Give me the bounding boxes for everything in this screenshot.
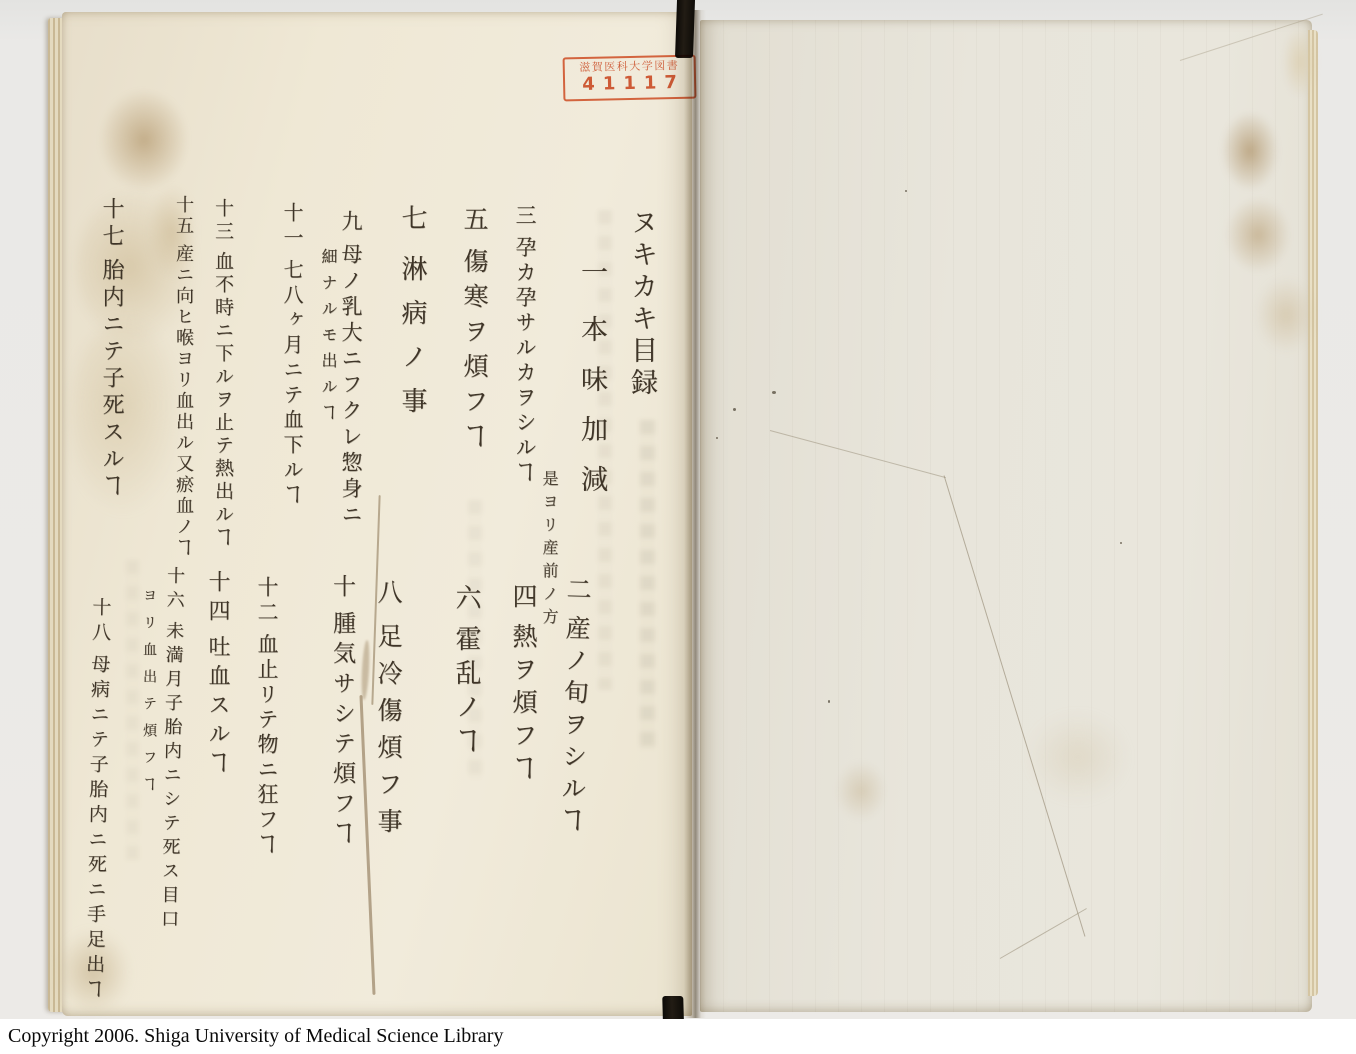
item-text: 胎内ニテ子死スルヿ (99, 258, 124, 501)
toc-item-6: 六霍乱ノヿ (448, 584, 485, 761)
item-text: 本味加減 (576, 315, 607, 515)
item-text: 足冷傷煩フ事 (374, 623, 403, 845)
speck (828, 700, 830, 703)
speck (733, 408, 736, 411)
toc-item-9: 九母ノ乳大ニフクレ惣身ニ (336, 210, 366, 529)
item-number: 十 (329, 574, 355, 604)
speck (716, 437, 718, 439)
item-number: 十八 (89, 597, 112, 647)
item-text: 産ノ旬ヲシルヿ (557, 615, 592, 840)
item-number: 二 (563, 576, 593, 609)
item-text: 孕カ孕サルカヲシルヿ (513, 236, 537, 486)
toc-item-9-sub: 細ナルモ出ルヿ (317, 248, 340, 430)
toc-item-15: 十五産ニ向ヒ喉ヨリ血出ル又瘀血ノヿ (170, 195, 196, 559)
item-number: 六 (451, 584, 481, 618)
copyright-text: Copyright 2006. Shiga University of Medi… (8, 1019, 503, 1053)
item-number: 三 (513, 204, 537, 229)
item-text: 血止リテ物ニ狂フヿ (255, 633, 279, 858)
toc-item-10: 十腫気サシテ煩フヿ (326, 574, 359, 851)
binding-gutter (684, 10, 706, 1018)
item-text: 血不時ニ下ルヲ止テ熱出ルヿ (212, 251, 234, 550)
item-number: 四 (509, 583, 538, 616)
toc-item-8: 八足冷傷煩フ事 (370, 579, 406, 845)
right-page (700, 20, 1312, 1012)
item-number: 五 (460, 206, 489, 241)
manuscript-scan: 滋賀医科大学図書 41117 ヌキカキ目録 一本味加減 是ヨリ産前ノ方 二産ノ旬… (0, 0, 1356, 1054)
item-number: 一 (576, 258, 607, 308)
toc-item-3: 三孕カ孕サルカヲシルヿ (510, 204, 540, 486)
item-number: 十六 (163, 566, 185, 614)
item-text: 七八ヶ月ニテ血下ルヿ (280, 259, 304, 509)
speck (1120, 542, 1122, 544)
item-number: 十三 (212, 198, 234, 244)
stamp-accession-number: 41117 (574, 74, 685, 94)
item-number: 十五 (173, 195, 194, 237)
item-text: 産ニ向ヒ喉ヨリ血出ル又瘀血ノヿ (173, 244, 194, 559)
toc-title: ヌキカキ目録 (622, 208, 661, 400)
item-text: 未満月子胎内ニシテ死ス目口 (158, 621, 184, 933)
toc-item-4: 四熱ヲ煩フヿ (505, 583, 541, 788)
item-number: 十四 (205, 570, 230, 628)
item-number: 八 (374, 579, 403, 616)
speck (772, 391, 776, 394)
right-page-edges (1308, 30, 1318, 996)
toc-item-11: 十一七八ヶ月ニテ血下ルヿ (278, 202, 307, 509)
toc-item-17: 十七胎内ニテ子死スルヿ (96, 197, 127, 501)
library-stamp: 滋賀医科大学図書 41117 (563, 55, 697, 102)
item-text: 霍乱ノヿ (451, 625, 481, 761)
toc-item-1: 一本味加減 (572, 258, 611, 515)
toc-item-5: 五傷寒ヲ煩フヿ (456, 206, 492, 458)
toc-item-7: 七淋病ノ事 (394, 204, 431, 431)
item-text: 腫気サシテ煩フヿ (329, 611, 355, 851)
item-text: 吐血スルヿ (205, 635, 230, 780)
item-number: 九 (339, 210, 363, 236)
item-text: 母ノ乳大ニフクレ惣身ニ (339, 243, 363, 529)
item-number: 十二 (255, 576, 279, 626)
binding-strap-top (675, 0, 695, 58)
item-number: 七 (397, 204, 427, 248)
item-text: 母病ニテ子胎内ニ死ニ手足出ヿ (82, 654, 110, 1004)
toc-item-14: 十四吐血スルヿ (202, 570, 233, 780)
speck (905, 190, 907, 192)
item-number: 十一 (280, 202, 304, 252)
item-number: 十七 (99, 197, 124, 251)
item-text: 熱ヲ煩フヿ (509, 623, 538, 788)
item-text: 傷寒ヲ煩フヿ (460, 248, 489, 458)
toc-item-2: 二産ノ旬ヲシルヿ (553, 576, 596, 840)
toc-item-16-sub: ヨリ血出テ煩フヿ (139, 588, 159, 804)
toc-note: 是ヨリ産前ノ方 (538, 470, 561, 631)
item-text: 淋病ノ事 (397, 255, 427, 431)
toc-item-13: 十三血不時ニ下ルヲ止テ熱出ルヿ (210, 198, 237, 550)
copyright-bar: Copyright 2006. Shiga University of Medi… (0, 1019, 1356, 1054)
toc-item-12: 十二血止リテ物ニ狂フヿ (252, 576, 282, 858)
